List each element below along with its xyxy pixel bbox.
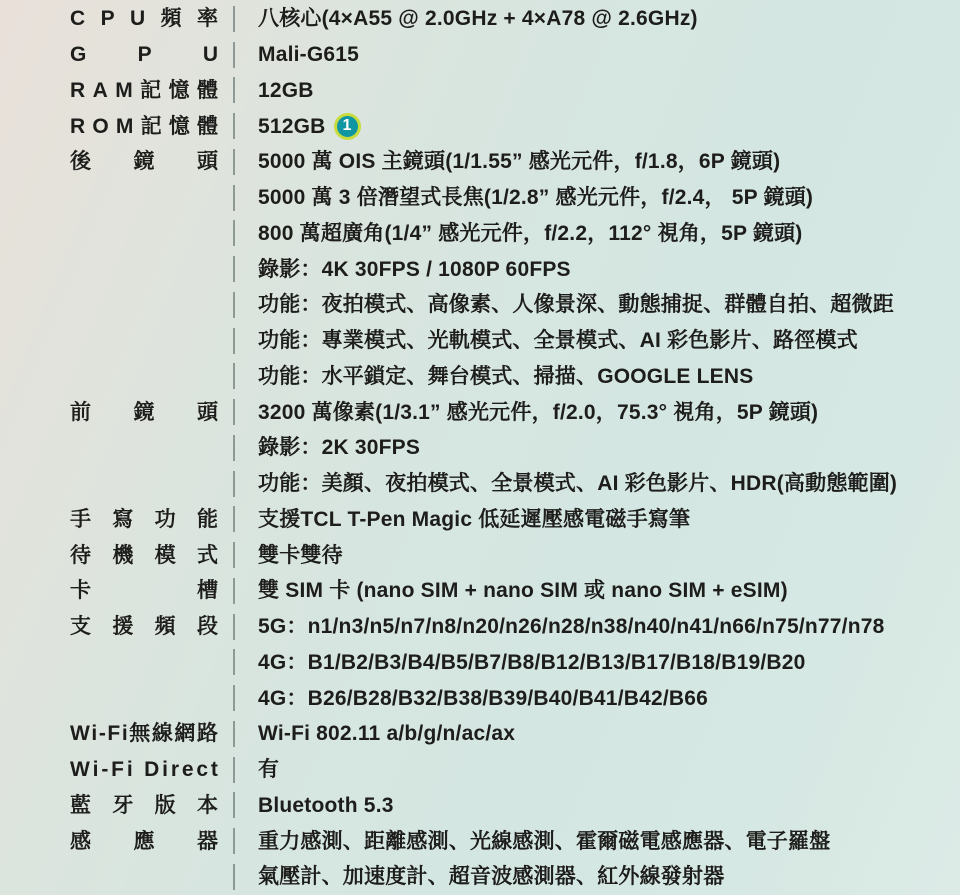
spec-row-bluetooth: 藍牙版本 Bluetooth 5.3 xyxy=(0,788,960,824)
spec-row: 功能：美顏、夜拍模式、全景模式、AI 彩色影片、HDR(高動態範圍) xyxy=(0,466,960,502)
spec-value-text: 錄影：2K 30FPS xyxy=(258,437,420,458)
spec-value: 3200 萬像素(1/3.1” 感光元件，f/2.0，75.3° 視角，5P 鏡… xyxy=(258,402,818,423)
spec-value: 4G：B26/B28/B32/B38/B39/B40/B41/B42/B66 xyxy=(258,688,708,709)
spec-value-text: 氣壓計、加速度計、超音波感測器、紅外線發射器 xyxy=(258,866,724,887)
spec-value-text: 功能：夜拍模式、高像素、人像景深、動態捕捉、群體自拍、超微距 xyxy=(258,294,894,315)
spec-label-text: 卡槽 xyxy=(70,580,218,601)
column-divider xyxy=(233,42,235,68)
spec-value-text: 3200 萬像素(1/3.1” 感光元件，f/2.0，75.3° 視角，5P 鏡… xyxy=(258,402,818,423)
spec-value: 重力感測、距離感測、光線感測、霍爾磁電感應器、電子羅盤 xyxy=(258,831,830,852)
spec-row: 錄影：4K 30FPS / 1080P 60FPS xyxy=(0,251,960,287)
spec-label: 感應器 xyxy=(70,831,218,852)
spec-label-text: RAM記憶體 xyxy=(70,80,218,101)
spec-row: 4G：B26/B28/B32/B38/B39/B40/B41/B42/B66 xyxy=(0,680,960,716)
spec-row: 氣壓計、加速度計、超音波感測器、紅外線發射器 xyxy=(0,859,960,895)
column-divider xyxy=(233,185,235,211)
column-divider xyxy=(233,649,235,675)
column-divider xyxy=(233,220,235,246)
spec-value: 5000 萬 3 倍潛望式長焦(1/2.8” 感光元件，f/2.4， 5P 鏡頭… xyxy=(258,187,813,208)
column-divider xyxy=(233,578,235,604)
spec-value-text: 5000 萬 3 倍潛望式長焦(1/2.8” 感光元件，f/2.4， 5P 鏡頭… xyxy=(258,187,813,208)
column-divider xyxy=(233,256,235,282)
column-divider xyxy=(233,471,235,497)
spec-row-rom: ROM記憶體 512GB1 xyxy=(0,108,960,144)
spec-label: GPU xyxy=(70,44,218,65)
spec-row: 錄影：2K 30FPS xyxy=(0,430,960,466)
spec-row: 800 萬超廣角(1/4” 感光元件，f/2.2，112° 視角，5P 鏡頭) xyxy=(0,216,960,252)
spec-label-text: CPU頻率 xyxy=(70,8,218,29)
spec-label-text: 後鏡頭 xyxy=(70,151,218,172)
spec-value-text: 800 萬超廣角(1/4” 感光元件，f/2.2，112° 視角，5P 鏡頭) xyxy=(258,223,802,244)
column-divider xyxy=(233,435,235,461)
spec-label: CPU頻率 xyxy=(70,8,218,29)
spec-row-ram: RAM記憶體 12GB xyxy=(0,73,960,109)
spec-value-text: 4G：B1/B2/B3/B4/B5/B7/B8/B12/B13/B17/B18/… xyxy=(258,652,805,673)
spec-label: Wi-Fi無線網路 xyxy=(70,723,218,744)
spec-value-text: 4G：B26/B28/B32/B38/B39/B40/B41/B42/B66 xyxy=(258,688,708,709)
spec-value-text: 支援TCL T-Pen Magic 低延遲壓感電磁手寫筆 xyxy=(258,509,690,530)
spec-label-text: 手寫功能 xyxy=(70,509,218,530)
spec-row: 功能：夜拍模式、高像素、人像景深、動態捕捉、群體自拍、超微距 xyxy=(0,287,960,323)
spec-label-text: Wi-Fi無線網路 xyxy=(70,723,218,744)
spec-row-gpu: GPU Mali-G615 xyxy=(0,37,960,73)
spec-label: 待機模式 xyxy=(70,545,218,566)
column-divider xyxy=(233,721,235,747)
spec-row-bands: 支援頻段 5G：n1/n3/n5/n7/n8/n20/n26/n28/n38/n… xyxy=(0,609,960,645)
spec-label: 手寫功能 xyxy=(70,509,218,530)
spec-label: 藍牙版本 xyxy=(70,795,218,816)
spec-value-text: 功能：美顏、夜拍模式、全景模式、AI 彩色影片、HDR(高動態範圍) xyxy=(258,473,897,494)
column-divider xyxy=(233,792,235,818)
spec-value: 有 xyxy=(258,759,279,780)
spec-value: Bluetooth 5.3 xyxy=(258,795,394,816)
spec-label: ROM記憶體 xyxy=(70,116,218,137)
spec-label-text: 感應器 xyxy=(70,831,218,852)
spec-value-text: 功能：水平鎖定、舞台模式、掃描、GOOGLE LENS xyxy=(258,366,753,387)
spec-value: 512GB1 xyxy=(258,113,361,140)
column-divider xyxy=(233,614,235,640)
spec-row-cpu: CPU頻率 八核心(4×A55 @ 2.0GHz + 4×A78 @ 2.6GH… xyxy=(0,1,960,37)
column-divider xyxy=(233,149,235,175)
column-divider xyxy=(233,292,235,318)
spec-value-text: 功能：專業模式、光軌模式、全景模式、AI 彩色影片、路徑模式 xyxy=(258,330,858,351)
spec-value: 雙 SIM 卡 (nano SIM + nano SIM 或 nano SIM … xyxy=(258,580,788,601)
column-divider xyxy=(233,363,235,389)
spec-label-text: Wi-Fi Direct xyxy=(70,759,218,780)
spec-label: 支援頻段 xyxy=(70,616,218,637)
spec-label-text: 待機模式 xyxy=(70,545,218,566)
spec-value-text: 512GB xyxy=(258,116,326,137)
spec-label-text: 支援頻段 xyxy=(70,616,218,637)
spec-value-text: Wi-Fi 802.11 a/b/g/n/ac/ax xyxy=(258,723,515,744)
spec-label: 前鏡頭 xyxy=(70,402,218,423)
spec-value-text: Mali-G615 xyxy=(258,44,359,65)
spec-value: 錄影：2K 30FPS xyxy=(258,437,420,458)
spec-value: 功能：夜拍模式、高像素、人像景深、動態捕捉、群體自拍、超微距 xyxy=(258,294,894,315)
spec-sheet: CPU頻率 八核心(4×A55 @ 2.0GHz + 4×A78 @ 2.6GH… xyxy=(0,0,960,895)
spec-value: Wi-Fi 802.11 a/b/g/n/ac/ax xyxy=(258,723,515,744)
spec-value: 12GB xyxy=(258,80,314,101)
spec-label-text: 藍牙版本 xyxy=(70,795,218,816)
spec-value-text: 5000 萬 OIS 主鏡頭(1/1.55” 感光元件，f/1.8，6P 鏡頭) xyxy=(258,151,780,172)
spec-label: RAM記憶體 xyxy=(70,80,218,101)
spec-label-text: ROM記憶體 xyxy=(70,116,218,137)
spec-row-wifi: Wi-Fi無線網路 Wi-Fi 802.11 a/b/g/n/ac/ax xyxy=(0,716,960,752)
spec-value-text: 雙 SIM 卡 (nano SIM + nano SIM 或 nano SIM … xyxy=(258,580,788,601)
spec-value: 5000 萬 OIS 主鏡頭(1/1.55” 感光元件，f/1.8，6P 鏡頭) xyxy=(258,151,780,172)
spec-label-text: GPU xyxy=(70,44,218,65)
spec-value-text: 重力感測、距離感測、光線感測、霍爾磁電感應器、電子羅盤 xyxy=(258,831,830,852)
spec-value: 4G：B1/B2/B3/B4/B5/B7/B8/B12/B13/B17/B18/… xyxy=(258,652,805,673)
spec-row-wifi-direct: Wi-Fi Direct 有 xyxy=(0,752,960,788)
spec-row-sensors: 感應器 重力感測、距離感測、光線感測、霍爾磁電感應器、電子羅盤 xyxy=(0,823,960,859)
spec-value: 雙卡雙待 xyxy=(258,545,343,566)
column-divider xyxy=(233,864,235,890)
spec-row-standby: 待機模式 雙卡雙待 xyxy=(0,537,960,573)
spec-value-text: 5G：n1/n3/n5/n7/n8/n20/n26/n28/n38/n40/n4… xyxy=(258,616,885,637)
column-divider xyxy=(233,828,235,854)
spec-row-rear-camera: 後鏡頭 5000 萬 OIS 主鏡頭(1/1.55” 感光元件，f/1.8，6P… xyxy=(0,144,960,180)
column-divider xyxy=(233,542,235,568)
spec-row: 功能：水平鎖定、舞台模式、掃描、GOOGLE LENS xyxy=(0,359,960,395)
spec-value: Mali-G615 xyxy=(258,44,359,65)
spec-value-text: Bluetooth 5.3 xyxy=(258,795,394,816)
spec-value-text: 八核心(4×A55 @ 2.0GHz + 4×A78 @ 2.6GHz) xyxy=(258,8,698,29)
spec-value: 功能：美顏、夜拍模式、全景模式、AI 彩色影片、HDR(高動態範圍) xyxy=(258,473,897,494)
spec-row-sim-slot: 卡槽 雙 SIM 卡 (nano SIM + nano SIM 或 nano S… xyxy=(0,573,960,609)
spec-value-text: 有 xyxy=(258,759,279,780)
spec-value-text: 雙卡雙待 xyxy=(258,545,343,566)
spec-value-text: 12GB xyxy=(258,80,314,101)
column-divider xyxy=(233,685,235,711)
spec-value: 氣壓計、加速度計、超音波感測器、紅外線發射器 xyxy=(258,866,724,887)
spec-value: 錄影：4K 30FPS / 1080P 60FPS xyxy=(258,259,571,280)
spec-value: 5G：n1/n3/n5/n7/n8/n20/n26/n28/n38/n40/n4… xyxy=(258,616,885,637)
column-divider xyxy=(233,399,235,425)
spec-row: 4G：B1/B2/B3/B4/B5/B7/B8/B12/B13/B17/B18/… xyxy=(0,645,960,681)
spec-value-text: 錄影：4K 30FPS / 1080P 60FPS xyxy=(258,259,571,280)
column-divider xyxy=(233,328,235,354)
spec-label: Wi-Fi Direct xyxy=(70,759,218,780)
column-divider xyxy=(233,6,235,32)
column-divider xyxy=(233,506,235,532)
spec-value: 800 萬超廣角(1/4” 感光元件，f/2.2，112° 視角，5P 鏡頭) xyxy=(258,223,802,244)
spec-row: 5000 萬 3 倍潛望式長焦(1/2.8” 感光元件，f/2.4， 5P 鏡頭… xyxy=(0,180,960,216)
spec-value: 支援TCL T-Pen Magic 低延遲壓感電磁手寫筆 xyxy=(258,509,690,530)
footnote-1-badge: 1 xyxy=(334,113,361,140)
spec-row-front-camera: 前鏡頭 3200 萬像素(1/3.1” 感光元件，f/2.0，75.3° 視角，… xyxy=(0,394,960,430)
spec-value: 功能：水平鎖定、舞台模式、掃描、GOOGLE LENS xyxy=(258,366,753,387)
spec-label: 卡槽 xyxy=(70,580,218,601)
column-divider xyxy=(233,113,235,139)
spec-value: 功能：專業模式、光軌模式、全景模式、AI 彩色影片、路徑模式 xyxy=(258,330,858,351)
spec-label: 後鏡頭 xyxy=(70,151,218,172)
spec-row: 功能：專業模式、光軌模式、全景模式、AI 彩色影片、路徑模式 xyxy=(0,323,960,359)
spec-row-stylus: 手寫功能 支援TCL T-Pen Magic 低延遲壓感電磁手寫筆 xyxy=(0,502,960,538)
column-divider xyxy=(233,757,235,783)
spec-value: 八核心(4×A55 @ 2.0GHz + 4×A78 @ 2.6GHz) xyxy=(258,8,698,29)
spec-label-text: 前鏡頭 xyxy=(70,402,218,423)
column-divider xyxy=(233,77,235,103)
